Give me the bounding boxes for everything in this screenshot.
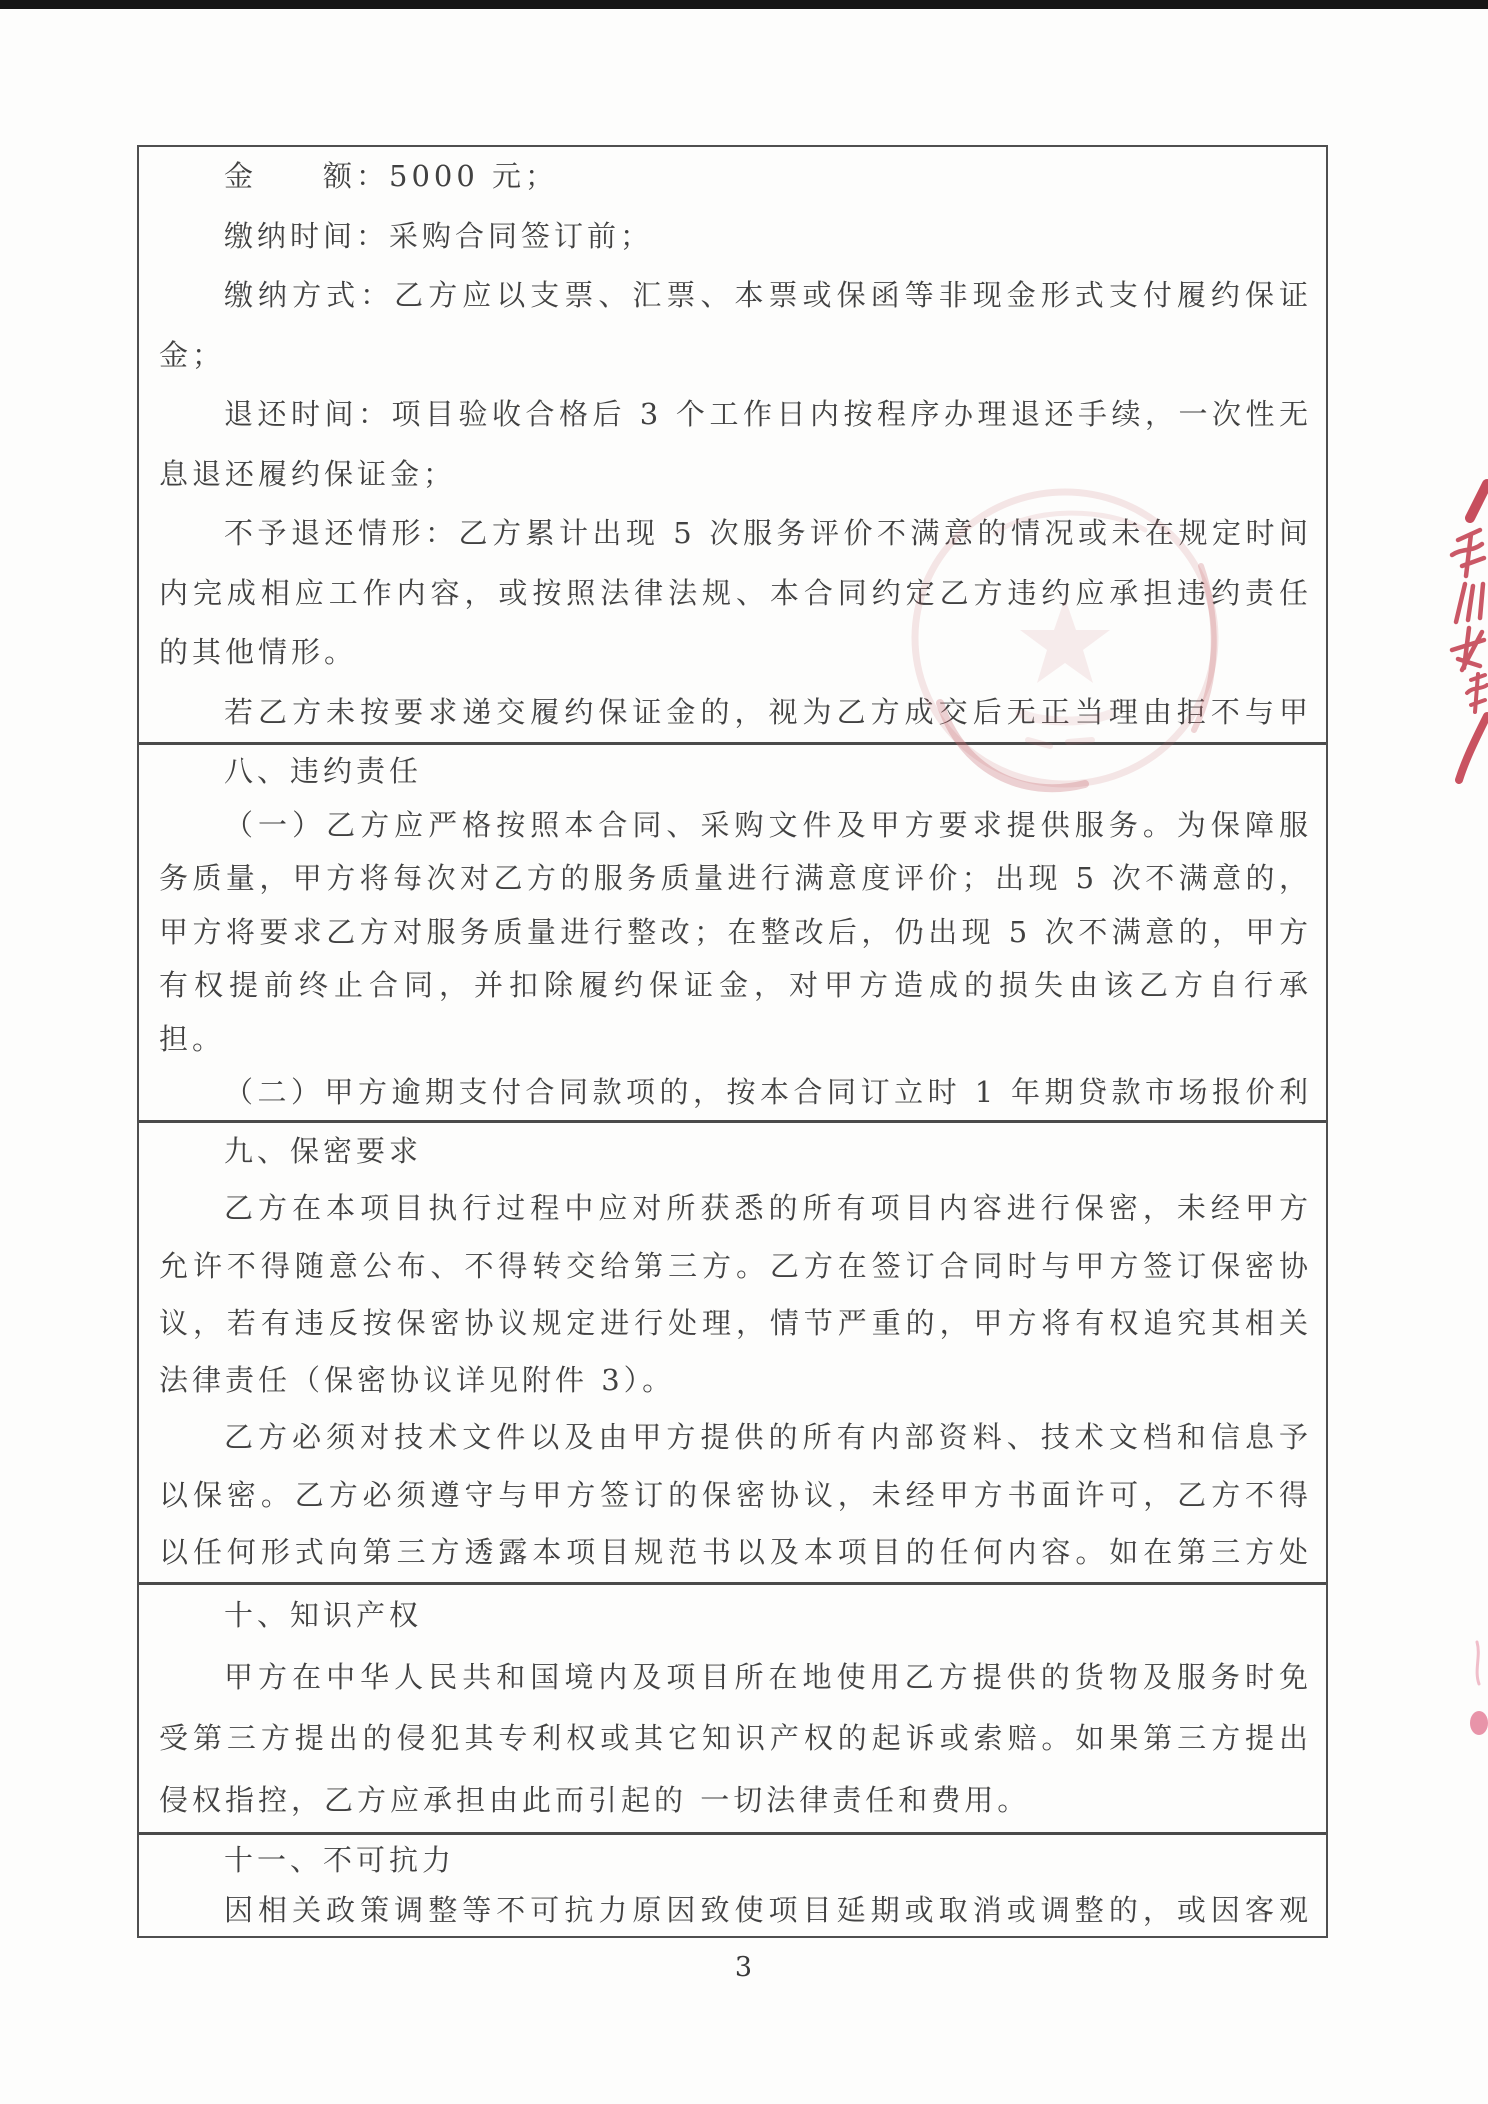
edge-seal-glyph-4	[1467, 674, 1487, 712]
scan-artifact-top-strip	[0, 0, 1488, 9]
edge-seal-stroke-1	[1470, 484, 1487, 518]
section-title-confidentiality: 九、保密要求	[159, 1123, 1312, 1180]
edge-seal-glyph-3	[1452, 628, 1484, 670]
para-force-majeure-1: 因相关政策调整等不可抗力原因致使项目延期或取消或调整的，或因客观原因致使合	[159, 1885, 1312, 1936]
page-number: 3	[0, 1952, 1488, 1983]
pink-mark-stroke	[1477, 1642, 1479, 1684]
section-intellectual-property: 十、知识产权 甲方在中华人民共和国境内及项目所在地使用乙方提供的货物及服务时免受…	[139, 1585, 1326, 1835]
section-confidentiality: 九、保密要求 乙方在本项目执行过程中应对所获悉的所有项目内容进行保密，未经甲方允…	[139, 1123, 1326, 1585]
para-amount: 金 额：5000 元；	[159, 147, 1312, 207]
para-payment-method: 缴纳方式：乙方应以支票、汇票、本票或保函等非现金形式支付履约保证金；	[159, 266, 1312, 385]
scanned-contract-page: 金 额：5000 元； 缴纳时间：采购合同签订前； 缴纳方式：乙方应以支票、汇票…	[0, 0, 1488, 2104]
section-title-ip: 十、知识产权	[159, 1585, 1312, 1647]
para-payment-time: 缴纳时间：采购合同签订前；	[159, 207, 1312, 267]
para-refund-time: 退还时间：项目验收合格后 3 个工作日内按程序办理退还手续，一次性无息退还履约保…	[159, 385, 1312, 504]
para-ip-1: 甲方在中华人民共和国境内及项目所在地使用乙方提供的货物及服务时免受第三方提出的侵…	[159, 1647, 1312, 1832]
edge-seal-glyph-1	[1452, 530, 1484, 576]
pink-edge-mark	[1468, 1628, 1488, 1743]
edge-seal-glyph-2	[1456, 584, 1483, 622]
para-confidentiality-2: 乙方必须对技术文件以及由甲方提供的所有内部资料、技术文档和信息予以保密。乙方必须…	[159, 1409, 1312, 1585]
edge-seal-stamp	[1438, 456, 1488, 796]
para-breach-2: （二）甲方逾期支付合同款项的，按本合同订立时 1 年期贷款市场报价利率计付逾期利…	[159, 1066, 1312, 1123]
section-performance-bond: 金 额：5000 元； 缴纳时间：采购合同签订前； 缴纳方式：乙方应以支票、汇票…	[139, 147, 1326, 745]
para-breach-1: （一）乙方应严格按照本合同、采购文件及甲方要求提供服务。为保障服务质量，甲方将每…	[159, 799, 1312, 1067]
section-title-force-majeure: 十一、不可抗力	[159, 1835, 1312, 1885]
section-title-breach: 八、违约责任	[159, 745, 1312, 799]
para-no-refund-cases: 不予退还情形：乙方累计出现 5 次服务评价不满意的情况或未在规定时间内完成相应工…	[159, 504, 1312, 683]
section-breach-liability: 八、违约责任 （一）乙方应严格按照本合同、采购文件及甲方要求提供服务。为保障服务…	[139, 745, 1326, 1123]
contract-clause-table: 金 额：5000 元； 缴纳时间：采购合同签订前； 缴纳方式：乙方应以支票、汇票…	[137, 145, 1328, 1938]
para-no-submit-consequence: 若乙方未按要求递交履约保证金的，视为乙方成交后无正当理由拒不与甲方签订政府采购合…	[159, 683, 1312, 746]
para-confidentiality-1: 乙方在本项目执行过程中应对所获悉的所有项目内容进行保密，未经甲方允许不得随意公布…	[159, 1180, 1312, 1409]
section-force-majeure: 十一、不可抗力 因相关政策调整等不可抗力原因致使项目延期或取消或调整的，或因客观…	[139, 1835, 1326, 1936]
edge-seal-arc	[1459, 716, 1487, 780]
pink-mark-blob	[1470, 1711, 1488, 1735]
